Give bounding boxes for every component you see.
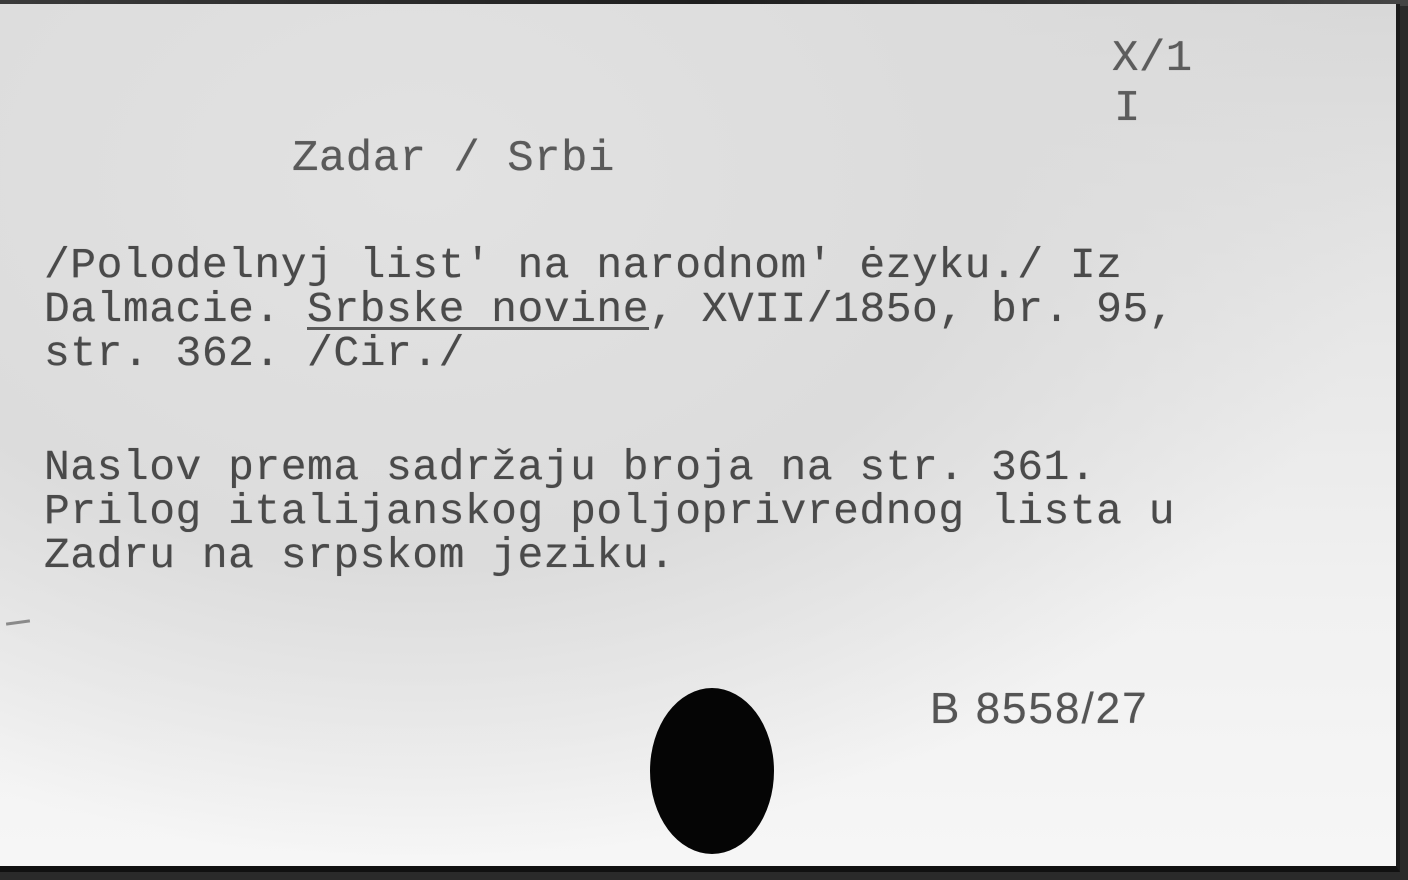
catalog-card: X/1 I Zadar / Srbi /Polodelnyj list' na … — [0, 4, 1400, 872]
call-number: X/1 I — [1112, 34, 1193, 134]
accession-number: B 8558/27 — [930, 684, 1149, 734]
call-number-line-1: X/1 — [1112, 34, 1193, 84]
periodical-issue: , XVII/185o, br. 95, — [649, 285, 1175, 334]
note-line-3: Zadru na srpskom jeziku. — [44, 534, 675, 578]
entry-place: Dalmacie. — [44, 285, 307, 334]
entry-line-2: Dalmacie. Srbske novine, XVII/185o, br. … — [44, 288, 1175, 332]
margin-mark — [6, 619, 30, 625]
punch-hole-icon — [650, 688, 774, 854]
periodical-title: Srbske novine — [307, 285, 649, 334]
subject-heading: Zadar / Srbi — [292, 134, 615, 184]
note-line-2: Prilog italijanskog poljoprivrednog list… — [44, 490, 1175, 534]
entry-line-3: str. 362. /Cir./ — [44, 332, 465, 376]
entry-line-1: /Polodelnyj list' na narodnom' ėzyku./ I… — [44, 244, 1122, 288]
call-number-line-2: I — [1112, 84, 1141, 134]
note-line-1: Naslov prema sadržaju broja na str. 361. — [44, 446, 1096, 490]
